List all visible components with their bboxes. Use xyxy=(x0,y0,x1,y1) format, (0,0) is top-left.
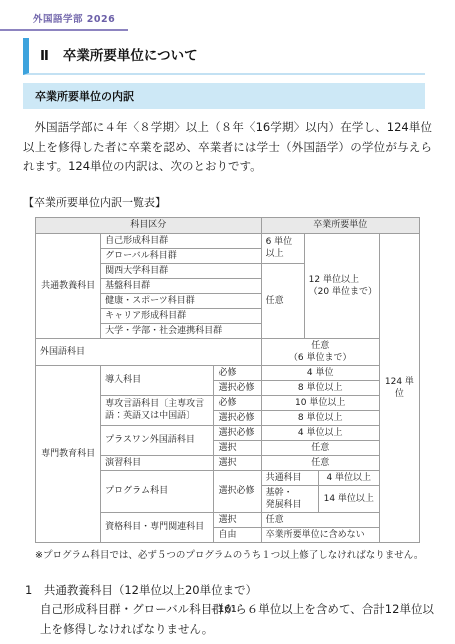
cell-credits: 4 単位 xyxy=(261,365,379,380)
footer-section-heading: 1 共通教養科目（12単位以上20単位まで） xyxy=(25,581,432,601)
section-title: 卒業所要単位について xyxy=(63,48,198,64)
cell-subject: 資格科目・専門関連科目 xyxy=(101,512,214,542)
cell-common-education-label: 共通教養科目 xyxy=(36,233,101,338)
cell-subject: 導入科目 xyxy=(101,365,214,395)
doc-header: 外国語学部 2026 xyxy=(0,0,455,31)
cell-type: 選択 xyxy=(214,440,261,455)
cell-type: 選択 xyxy=(214,455,261,470)
cell-other-groups-req: 任意 xyxy=(261,263,304,338)
faculty-label: 外国語学部 2026 xyxy=(33,14,115,25)
cell-type: 必修 xyxy=(214,395,261,410)
cell-group: 自己形成科目群 xyxy=(101,233,261,248)
cell-group: キャリア形成科目群 xyxy=(101,308,261,323)
header-subject-division: 科目区分 xyxy=(36,217,262,233)
cell-type: 選択必修 xyxy=(214,380,261,395)
cell-specialized-education-label: 専門教育科目 xyxy=(36,365,101,542)
cell-type: 自由 xyxy=(214,527,261,542)
cell-subject: プラスワン外国語科目 xyxy=(101,425,214,455)
section-heading: Ⅱ卒業所要単位について xyxy=(23,38,425,75)
section-number: Ⅱ xyxy=(40,48,49,64)
cell-foreign-language-req: 任意 （6 単位まで） xyxy=(261,338,379,365)
cell-total-credits: 124 単位 xyxy=(379,233,419,542)
cell-group: 関西大学科目群 xyxy=(101,263,261,278)
intro-paragraph: 外国語学部に４年〈８学期〉以上（８年〈16学期〉以内）在学し、124単位以上を修… xyxy=(23,118,432,177)
cell-type: 必修 xyxy=(214,365,261,380)
cell-group: 健康・スポーツ科目群 xyxy=(101,293,261,308)
cell-credits: 8 単位以上 xyxy=(261,410,379,425)
cell-credits: 10 単位以上 xyxy=(261,395,379,410)
page-number: - 161 - xyxy=(0,604,455,615)
cell-subject: 演習科目 xyxy=(101,455,214,470)
cell-credits: 8 単位以上 xyxy=(261,380,379,395)
cell-group: グローバル科目群 xyxy=(101,248,261,263)
cell-program-subgroup: 共通科目 xyxy=(261,470,318,485)
cell-credits: 卒業所要単位に含めない xyxy=(261,527,379,542)
cell-first-groups-req: 6 単位 以上 xyxy=(261,233,304,263)
table-header-row: 科目区分 卒業所要単位 xyxy=(36,217,420,233)
cell-type: 選択必修 xyxy=(214,425,261,440)
cell-credits: 4 単位以上 xyxy=(318,470,379,485)
cell-foreign-language-label: 外国語科目 xyxy=(36,338,262,365)
table-row: 共通教養科目 自己形成科目群 6 単位 以上 12 単位以上 （20 単位まで）… xyxy=(36,233,420,248)
cell-type: 選択必修 xyxy=(214,470,261,512)
cell-type: 選択 xyxy=(214,512,261,527)
cell-group: 大学・学部・社会連携科目群 xyxy=(101,323,261,338)
credits-table: 科目区分 卒業所要単位 共通教養科目 自己形成科目群 6 単位 以上 12 単位… xyxy=(35,217,420,543)
table-caption: 【卒業所要単位内訳一覧表】 xyxy=(23,194,455,210)
header-graduation-credits: 卒業所要単位 xyxy=(261,217,419,233)
cell-subject: プログラム科目 xyxy=(101,470,214,512)
document-page: 外国語学部 2026 Ⅱ卒業所要単位について 卒業所要単位の内訳 外国語学部に４… xyxy=(0,0,455,644)
cell-credits: 14 単位以上 xyxy=(318,485,379,512)
table-footnote: ※プログラム科目では、必ず５つのプログラムのうち１つ以上修了しなければなりません… xyxy=(35,547,455,561)
purple-header-rule: 外国語学部 2026 xyxy=(0,7,128,31)
table-row: 外国語科目 任意 （6 単位まで） xyxy=(36,338,420,365)
sub-heading-band: 卒業所要単位の内訳 xyxy=(23,83,425,109)
cell-type: 選択必修 xyxy=(214,410,261,425)
cell-program-subgroup: 基幹・ 発展科目 xyxy=(261,485,318,512)
cell-common-subtotal: 12 単位以上 （20 単位まで） xyxy=(304,233,379,338)
cell-credits: 任意 xyxy=(261,440,379,455)
cell-group: 基盤科目群 xyxy=(101,278,261,293)
cell-subject: 専攻言語科目〔主専攻言語：英語又は中国語〕 xyxy=(101,395,214,425)
table-row: 専門教育科目 導入科目 必修 4 単位 xyxy=(36,365,420,380)
cell-credits: 任意 xyxy=(261,512,379,527)
cell-credits: 4 単位以上 xyxy=(261,425,379,440)
cell-credits: 任意 xyxy=(261,455,379,470)
